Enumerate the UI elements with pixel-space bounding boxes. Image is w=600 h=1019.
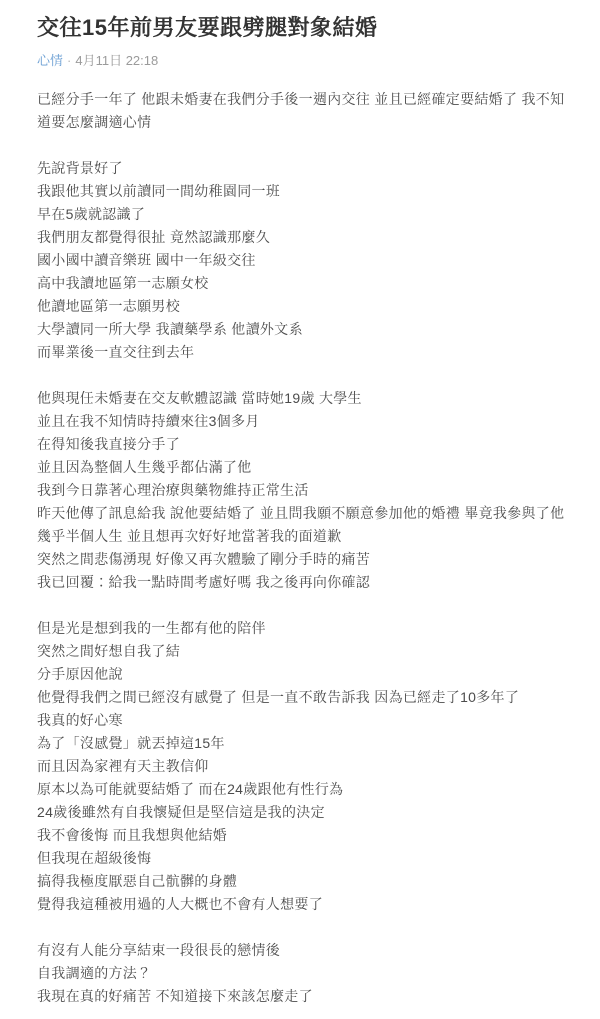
topic-link[interactable]: 心情: [37, 53, 63, 68]
post-paragraph: 已經分手一年了 他跟未婚妻在我們分手後一週內交往 並且已經確定要結婚了 我不知道…: [37, 88, 570, 134]
post-paragraph: 他與現任未婚妻在交友軟體認識 當時她19歲 大學生 並且在我不知情時持續來往3個…: [37, 387, 570, 594]
post-page: 交往15年前男友要跟劈腿對象結婚 心情·4月11日 22:18 已經分手一年了 …: [0, 0, 600, 1019]
post-title: 交往15年前男友要跟劈腿對象結婚: [37, 13, 570, 43]
post-body: 已經分手一年了 他跟未婚妻在我們分手後一週內交往 並且已經確定要結婚了 我不知道…: [37, 88, 570, 1008]
forum-post: 交往15年前男友要跟劈腿對象結婚 心情·4月11日 22:18 已經分手一年了 …: [0, 0, 600, 1008]
post-paragraph: 但是光是想到我的一生都有他的陪伴 突然之間好想自我了結 分手原因他說 他覺得我們…: [37, 617, 570, 916]
post-paragraph: 先說背景好了 我跟他其實以前讀同一間幼稚園同一班 早在5歲就認識了 我們朋友都覺…: [37, 157, 570, 364]
post-timestamp: 4月11日 22:18: [75, 53, 158, 68]
post-paragraph: 有沒有人能分享結束一段很長的戀情後 自我調適的方法？ 我現在真的好痛苦 不知道接…: [37, 939, 570, 1008]
post-meta: 心情·4月11日 22:18: [37, 53, 570, 69]
meta-separator: ·: [67, 53, 71, 68]
